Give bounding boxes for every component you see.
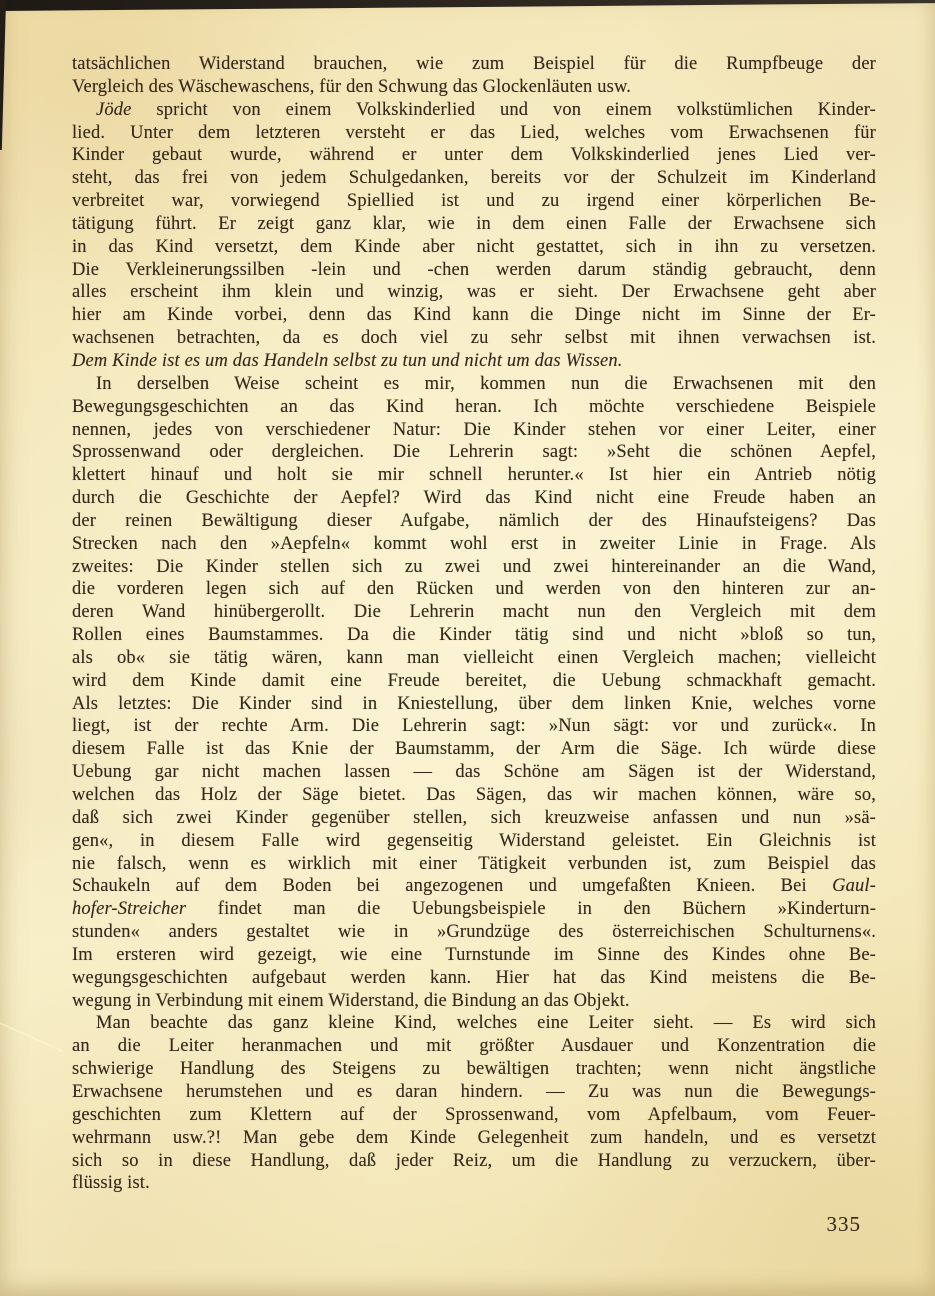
text-line: lied. Unter dem letzteren versteht er da… [72, 122, 876, 145]
text-line: Im ersteren wird gezeigt, wie eine Turns… [72, 944, 876, 967]
text-line: zweites: Die Kinder stellen sich zu zwei… [72, 556, 876, 579]
body-text: Im ersteren wird gezeigt, wie eine Turns… [72, 945, 876, 965]
text-line: In derselben Weise scheint es mir, komme… [72, 373, 876, 396]
body-text: Bewegungsgeschichten an das Kind heran. … [72, 397, 876, 417]
body-text: sich so in diese Handlung, daß jeder Rei… [72, 1151, 876, 1171]
text-line: an die Leiter heranmachen und mit größte… [72, 1035, 876, 1058]
body-text: nie falsch, wenn es wirklich mit einer T… [72, 854, 876, 874]
text-line: tatsächlichen Widerstand brauchen, wie z… [72, 53, 876, 76]
body-text: wird dem Kinde damit eine Freude bereite… [72, 671, 876, 691]
text-line: nie falsch, wenn es wirklich mit einer T… [72, 853, 876, 876]
body-text: gen«, in diesem Falle wird gegenseitig W… [72, 831, 876, 851]
body-text: Sprossenwand oder dergleichen. Die Lehre… [72, 442, 876, 462]
body-text: als ob« sie tätig wären, kann man vielle… [72, 648, 876, 668]
text-line: flüssig ist. [72, 1172, 876, 1195]
text-line: wird dem Kinde damit eine Freude bereite… [72, 670, 876, 693]
body-text: flüssig ist. [72, 1173, 150, 1193]
text-line: verbreitet war, vorwiegend Spiellied ist… [72, 190, 876, 213]
body-text: wegung in Verbindung mit einem Widerstan… [72, 991, 630, 1011]
body-text: steht, das frei von jedem Schulgedanken,… [72, 168, 876, 188]
text-line: klettert hinauf und holt sie mir schnell… [72, 464, 876, 487]
body-text: nennen, jedes von verschiedener Natur: D… [72, 420, 876, 440]
text-line: geschichten zum Klettern auf der Sprosse… [72, 1104, 876, 1127]
text-line: als ob« sie tätig wären, kann man vielle… [72, 647, 876, 670]
body-text: wachsenen betrachten, da es doch viel zu… [72, 328, 876, 348]
text-line: sich so in diese Handlung, daß jeder Rei… [72, 1150, 876, 1173]
body-text: Die Verkleinerungssilben -lein und -chen… [72, 260, 876, 280]
paragraph: In derselben Weise scheint es mir, komme… [72, 373, 876, 1013]
italic-text: Gaul- [832, 876, 876, 896]
body-text: Als letztes: Die Kinder sind in Kniestel… [72, 694, 876, 714]
text-line: wegung in Verbindung mit einem Widerstan… [72, 990, 876, 1013]
body-text: wegungsgeschichten aufgebaut werden kann… [72, 968, 876, 988]
body-text: In derselben Weise scheint es mir, komme… [96, 374, 876, 394]
text-line: schwierige Handlung des Steigens zu bewä… [72, 1058, 876, 1081]
book-page: tatsächlichen Widerstand brauchen, wie z… [0, 0, 935, 1296]
text-line: Uebung gar nicht machen lassen — das Sch… [72, 761, 876, 784]
body-text: durch die Geschichte der Aepfel? Wird da… [72, 488, 876, 508]
body-text: in das Kind versetzt, dem Kinde aber nic… [72, 237, 876, 257]
body-text: Man beachte das ganz kleine Kind, welche… [96, 1013, 876, 1033]
body-text: spricht von einem Volkskinderlied und vo… [132, 100, 876, 120]
paper-scratch [0, 1022, 63, 1052]
text-line: Man beachte das ganz kleine Kind, welche… [72, 1012, 876, 1035]
body-text: klettert hinauf und holt sie mir schnell… [72, 465, 876, 485]
body-text: geschichten zum Klettern auf der Sprosse… [72, 1105, 876, 1125]
body-text: Uebung gar nicht machen lassen — das Sch… [72, 762, 876, 782]
body-text: diesem Falle ist das Knie der Baumstamm,… [72, 739, 876, 759]
text-line: tätigung führt. Er zeigt ganz klar, wie … [72, 213, 876, 236]
text-line: steht, das frei von jedem Schulgedanken,… [72, 167, 876, 190]
text-line: welchen das Holz der Säge bietet. Das Sä… [72, 784, 876, 807]
body-text: hier am Kinde vorbei, denn das Kind kann… [72, 305, 876, 325]
body-text: wehrmann usw.?! Man gebe dem Kinde Geleg… [72, 1128, 876, 1148]
body-text: alles erscheint ihm klein und winzig, wa… [72, 282, 876, 302]
text-line: diesem Falle ist das Knie der Baumstamm,… [72, 738, 876, 761]
text-line: Strecken nach den »Aepfeln« kommt wohl e… [72, 533, 876, 556]
body-text: verbreitet war, vorwiegend Spiellied ist… [72, 191, 876, 211]
text-line: Rollen eines Baumstammes. Da die Kinder … [72, 624, 876, 647]
text-line: durch die Geschichte der Aepfel? Wird da… [72, 487, 876, 510]
text-line: wegungsgeschichten aufgebaut werden kann… [72, 967, 876, 990]
text-line: Dem Kinde ist es um das Handeln selbst z… [72, 350, 876, 373]
text-line: Jöde spricht von einem Volkskinderlied u… [72, 99, 876, 122]
text-line: Erwachsene herumstehen und es daran hind… [72, 1081, 876, 1104]
text-line: Kinder gebaut wurde, während er unter de… [72, 144, 876, 167]
body-text: daß sich zwei Kinder gegenüber stellen, … [72, 808, 876, 828]
body-text: Schaukeln auf dem Boden bei angezogenen … [72, 876, 832, 896]
body-text: liegt, ist der rechte Arm. Die Lehrerin … [72, 716, 876, 736]
body-text: Kinder gebaut wurde, während er unter de… [72, 145, 876, 165]
text-line: wehrmann usw.?! Man gebe dem Kinde Geleg… [72, 1127, 876, 1150]
body-text: Erwachsene herumstehen und es daran hind… [72, 1082, 876, 1102]
text-line: hofer-Streicher findet man die Uebungsbe… [72, 898, 876, 921]
text-line: stunden« anders gestaltet wie in »Grundz… [72, 921, 876, 944]
text-line: nennen, jedes von verschiedener Natur: D… [72, 419, 876, 442]
body-text: Vergleich des Wäschewaschens, für den Sc… [72, 77, 631, 97]
body-text: tätigung führt. Er zeigt ganz klar, wie … [72, 214, 876, 234]
text-line: Bewegungsgeschichten an das Kind heran. … [72, 396, 876, 419]
italic-text: Jöde [96, 100, 132, 120]
body-text: die vorderen legen sich auf den Rücken u… [72, 579, 876, 599]
text-line: deren Wand hinübergerollt. Die Lehrerin … [72, 601, 876, 624]
italic-text: hofer-Streicher [72, 899, 186, 919]
italic-text: Dem Kinde ist es um das Handeln selbst z… [72, 351, 623, 371]
scan-edge-top [0, 0, 935, 11]
body-text: an die Leiter heranmachen und mit größte… [72, 1036, 876, 1056]
text-line: in das Kind versetzt, dem Kinde aber nic… [72, 236, 876, 259]
page-text: tatsächlichen Widerstand brauchen, wie z… [72, 53, 876, 1195]
body-text: der reinen Bewältigung dieser Aufgabe, n… [72, 511, 876, 531]
text-line: wachsenen betrachten, da es doch viel zu… [72, 327, 876, 350]
body-text: Rollen eines Baumstammes. Da die Kinder … [72, 625, 876, 645]
body-text: schwierige Handlung des Steigens zu bewä… [72, 1059, 876, 1079]
body-text: lied. Unter dem letzteren versteht er da… [72, 123, 876, 143]
body-text: stunden« anders gestaltet wie in »Grundz… [72, 922, 876, 942]
text-line: Die Verkleinerungssilben -lein und -chen… [72, 259, 876, 282]
text-line: die vorderen legen sich auf den Rücken u… [72, 578, 876, 601]
body-text: welchen das Holz der Säge bietet. Das Sä… [72, 785, 876, 805]
body-text: deren Wand hinübergerollt. Die Lehrerin … [72, 602, 876, 622]
text-line: Sprossenwand oder dergleichen. Die Lehre… [72, 441, 876, 464]
text-line: Als letztes: Die Kinder sind in Kniestel… [72, 693, 876, 716]
body-text: zweites: Die Kinder stellen sich zu zwei… [72, 557, 876, 577]
text-line: liegt, ist der rechte Arm. Die Lehrerin … [72, 715, 876, 738]
body-text: tatsächlichen Widerstand brauchen, wie z… [72, 54, 876, 74]
page-number: 335 [827, 1212, 862, 1237]
body-text: findet man die Uebungsbeispiele in den B… [186, 899, 876, 919]
text-line: daß sich zwei Kinder gegenüber stellen, … [72, 807, 876, 830]
text-line: der reinen Bewältigung dieser Aufgabe, n… [72, 510, 876, 533]
text-line: Schaukeln auf dem Boden bei angezogenen … [72, 875, 876, 898]
paragraph: Man beachte das ganz kleine Kind, welche… [72, 1012, 876, 1195]
scan-edge-left [0, 0, 6, 150]
text-line: alles erscheint ihm klein und winzig, wa… [72, 281, 876, 304]
text-line: hier am Kinde vorbei, denn das Kind kann… [72, 304, 876, 327]
paragraph: tatsächlichen Widerstand brauchen, wie z… [72, 53, 876, 99]
paragraph: Jöde spricht von einem Volkskinderlied u… [72, 99, 876, 373]
body-text: Strecken nach den »Aepfeln« kommt wohl e… [72, 534, 876, 554]
text-line: gen«, in diesem Falle wird gegenseitig W… [72, 830, 876, 853]
text-line: Vergleich des Wäschewaschens, für den Sc… [72, 76, 876, 99]
